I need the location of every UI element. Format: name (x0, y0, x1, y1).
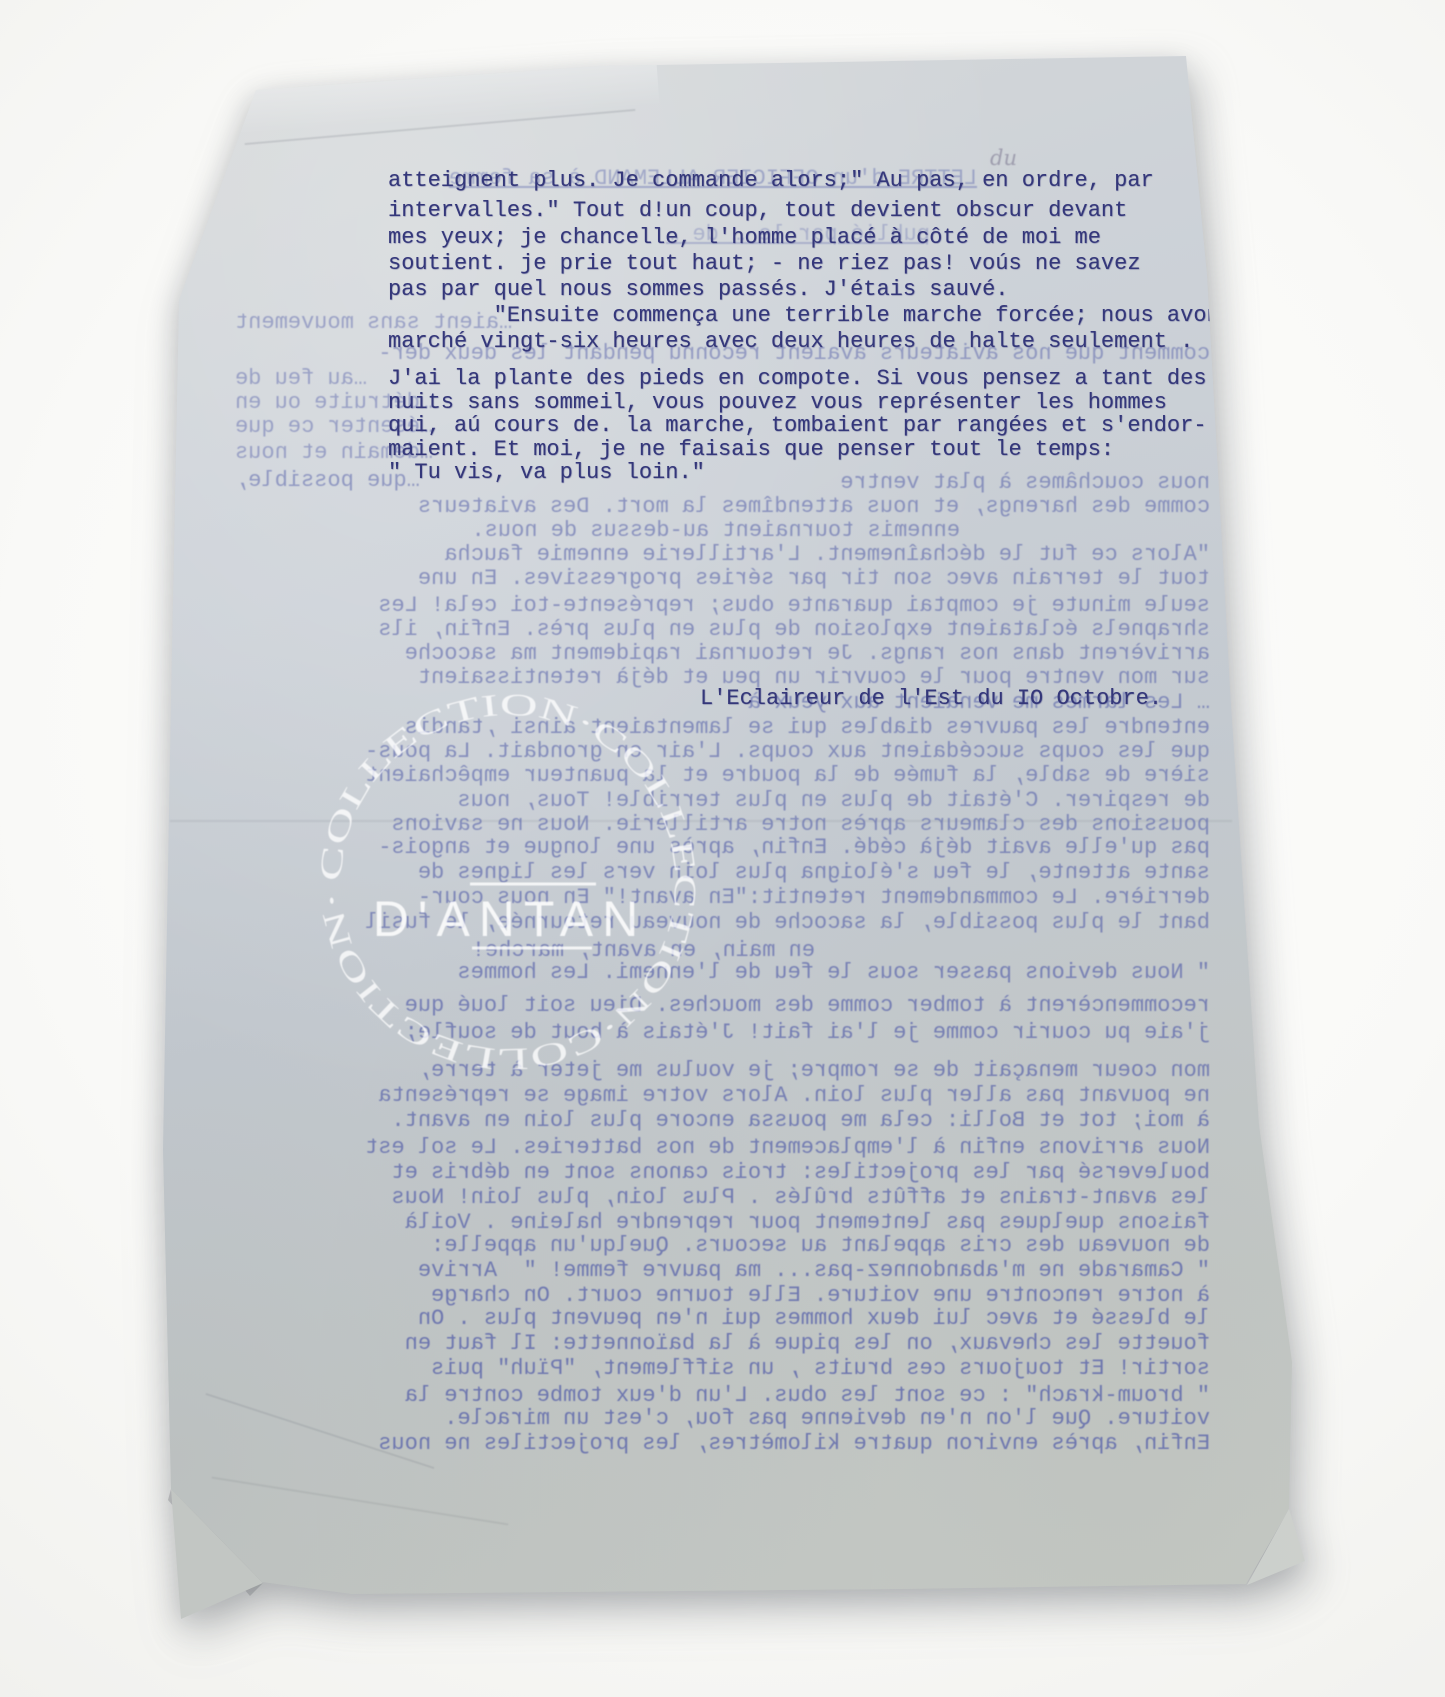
typed-line: qui, aú cours de. la marche, tombaient p… (388, 413, 1207, 438)
typed-text-layer: atteignent plus. Je commande alors;" Au … (0, 0, 1445, 1697)
typed-line: nuits sans sommeil, vous pouvez vous rep… (388, 390, 1167, 415)
typed-line: pas par quel nous sommes passés. J'étais… (388, 277, 1009, 302)
typed-line: atteignent plus. Je commande alors;" Au … (388, 168, 1154, 193)
letter-sheet: LETTRE d'un OFFICIER ALLEMAND à sa femme… (0, 0, 1445, 1697)
paper-shadow-wrap: LETTRE d'un OFFICIER ALLEMAND à sa femme… (0, 0, 1445, 1697)
typed-line: L'Eclaireur de l'Est du IO Octobre. (700, 686, 1162, 711)
photo-backdrop: LETTRE d'un OFFICIER ALLEMAND à sa femme… (0, 0, 1445, 1697)
typed-line: soutient. je prie tout haut; - ne riez p… (388, 251, 1141, 276)
typed-line: mes yeux; je chancelle, l'homme placé à … (388, 225, 1101, 250)
typed-line: "Ensuite commença une terrible marche fo… (388, 303, 1233, 328)
typed-line: intervalles." Tout d!un coup, tout devie… (388, 198, 1127, 223)
typed-line: " Tu vis, va plus loin." (388, 460, 705, 485)
typed-line: J'ai la plante des pieds en compote. Si … (388, 366, 1207, 391)
typed-line: marché vingt-six heures avec deux heures… (388, 329, 1193, 354)
typed-line: maient. Et moi, je ne faisais que penser… (388, 437, 1114, 462)
pencil-annotation: du (990, 146, 1017, 170)
